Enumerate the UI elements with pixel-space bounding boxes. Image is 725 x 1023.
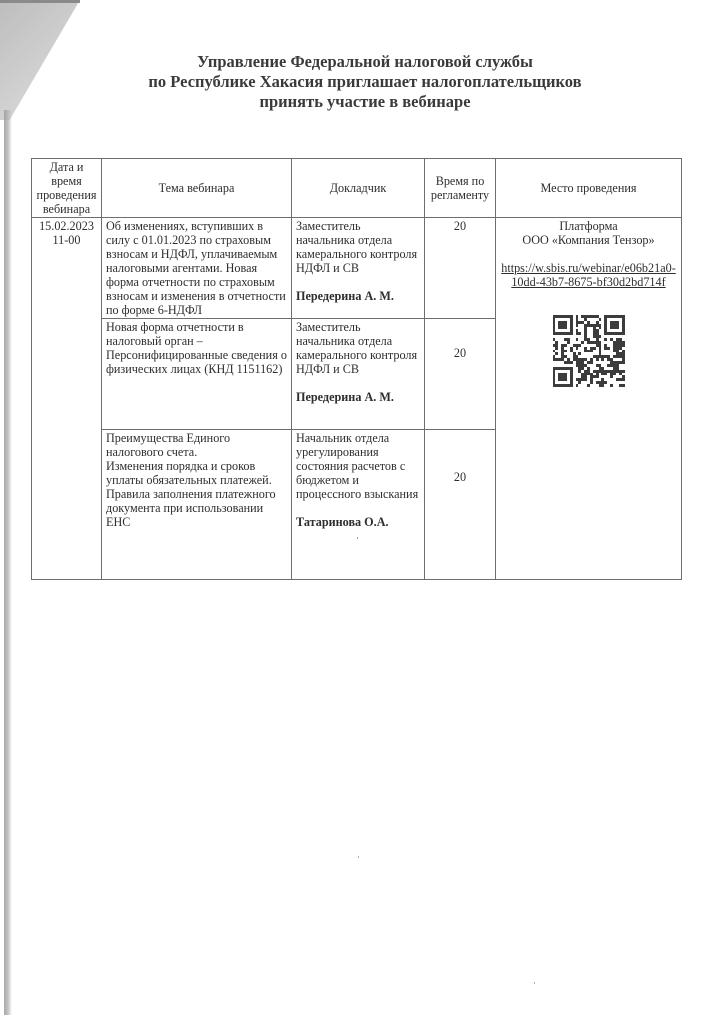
header-date: Дата и время проведения вебинара: [32, 159, 102, 218]
speaker-name: Передерина А. М.: [296, 390, 420, 404]
venue-cell: Платформа ООО «Компания Тензор» https://…: [496, 218, 682, 580]
scan-speck: [357, 537, 358, 539]
webinar-time: 11-00: [36, 233, 97, 247]
speaker-cell: Заместитель начальника отдела камерально…: [292, 319, 425, 430]
venue-platform-label: Платформа: [500, 219, 677, 233]
scan-shadow-corner: [0, 0, 80, 120]
qr-code-icon: [553, 315, 625, 387]
webinar-link[interactable]: https://w.sbis.ru/webinar/e06b21a0-10dd-…: [500, 261, 677, 289]
title-line-1: Управление Федеральной налоговой службы: [100, 52, 630, 72]
duration-cell: 20: [425, 218, 496, 319]
scan-speck: [534, 982, 535, 984]
table-header-row: Дата и время проведения вебинара Тема ве…: [32, 159, 682, 218]
scan-shadow-edge: [4, 110, 12, 1015]
speaker-name: Передерина А. М.: [296, 289, 420, 303]
webinar-date: 15.02.2023: [36, 219, 97, 233]
venue-company: ООО «Компания Тензор»: [500, 233, 677, 247]
table-row: 15.02.2023 11-00 Об изменениях, вступивш…: [32, 218, 682, 319]
duration-cell: 20: [425, 430, 496, 580]
duration-cell: 20: [425, 319, 496, 430]
speaker-position: Заместитель начальника отдела камерально…: [296, 219, 417, 275]
topic-cell: Об изменениях, вступивших в силу с 01.01…: [102, 218, 292, 319]
speaker-name: Татаринова О.А.: [296, 515, 420, 529]
topic-line: Правила заполнения платежного документа …: [106, 487, 287, 529]
document-title: Управление Федеральной налоговой службы …: [100, 52, 630, 112]
webinar-schedule-table: Дата и время проведения вебинара Тема ве…: [31, 158, 682, 580]
scan-edge-top: [0, 0, 80, 3]
speaker-position: Заместитель начальника отдела камерально…: [296, 320, 417, 376]
header-duration: Время по регламенту: [425, 159, 496, 218]
date-cell: 15.02.2023 11-00: [32, 218, 102, 580]
title-line-3: принять участие в вебинаре: [100, 92, 630, 112]
header-topic: Тема вебинара: [102, 159, 292, 218]
speaker-position: Начальник отдела урегулирования состояни…: [296, 431, 418, 501]
topic-line: Изменения порядка и сроков уплаты обязат…: [106, 459, 287, 487]
title-line-2: по Республике Хакасия приглашает налогоп…: [100, 72, 630, 92]
topic-cell: Новая форма отчетности в налоговый орган…: [102, 319, 292, 430]
speaker-cell: Заместитель начальника отдела камерально…: [292, 218, 425, 319]
header-venue: Место проведения: [496, 159, 682, 218]
speaker-cell: Начальник отдела урегулирования состояни…: [292, 430, 425, 580]
topic-line: Преимущества Единого налогового счета.: [106, 431, 287, 459]
header-speaker: Докладчик: [292, 159, 425, 218]
scan-speck: [358, 856, 359, 858]
topic-cell: Преимущества Единого налогового счета. И…: [102, 430, 292, 580]
